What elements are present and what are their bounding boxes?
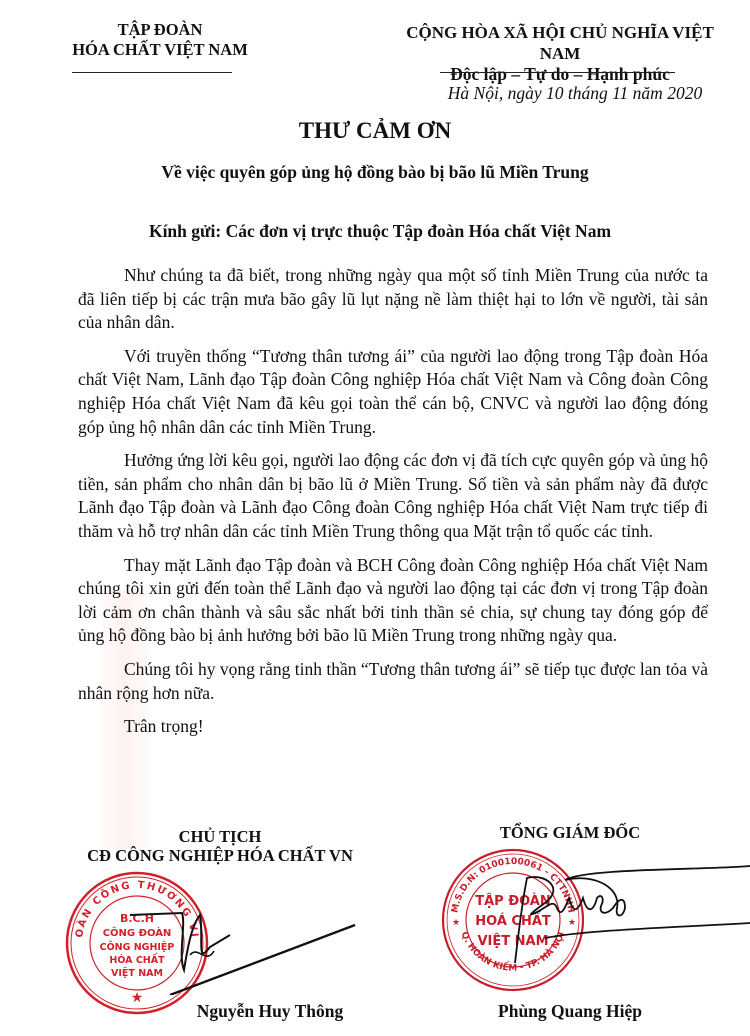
paragraph: Với truyền thống “Tương thân tương ái” c…	[78, 345, 708, 439]
motto: Độc lập – Tự do – Hạnh phúc	[385, 64, 735, 85]
right-signature-role: TỔNG GIÁM ĐỐC	[440, 823, 700, 842]
right-signatory-name: Phùng Quang Hiệp	[470, 1001, 670, 1022]
left-signature-role: CHỦ TỊCH	[60, 827, 380, 846]
organization-underline	[72, 72, 232, 73]
national-underline	[440, 72, 675, 73]
national-header: CỘNG HÒA XÃ HỘI CHỦ NGHĨA VIỆT NAM Độc l…	[385, 22, 735, 85]
nation-title: CỘNG HÒA XÃ HỘI CHỦ NGHĨA VIỆT NAM	[385, 22, 735, 64]
paragraph: Như chúng ta đã biết, trong những ngày q…	[78, 264, 708, 335]
paragraph: Hưởng ứng lời kêu gọi, người lao động cá…	[78, 449, 708, 543]
letter-title: THƯ CẢM ƠN	[0, 118, 750, 144]
closing: Trân trọng!	[78, 715, 708, 739]
paragraph: Chúng tôi hy vọng rằng tinh thần “Tương …	[78, 658, 708, 705]
recipient-line: Kính gửi: Các đơn vị trực thuộc Tập đoàn…	[0, 221, 750, 242]
organization-line-1: TẬP ĐOÀN	[55, 20, 265, 40]
organization-line-2: HÓA CHẤT VIỆT NAM	[55, 40, 265, 60]
left-signature-title: CHỦ TỊCH CĐ CÔNG NGHIỆP HÓA CHẤT VN	[60, 827, 380, 865]
letter-body: Như chúng ta đã biết, trong những ngày q…	[78, 264, 708, 749]
svg-text:★: ★	[452, 917, 460, 927]
organization-header: TẬP ĐOÀN HÓA CHẤT VIỆT NAM	[55, 20, 265, 60]
paragraph: Thay mặt Lãnh đạo Tập đoàn và BCH Công đ…	[78, 554, 708, 648]
right-signature-scribble	[505, 858, 750, 968]
date-line: Hà Nội, ngày 10 tháng 11 năm 2020	[415, 83, 735, 104]
letter-subtitle: Về việc quyên góp ủng hộ đồng bào bị bão…	[0, 162, 750, 183]
right-signature-title: TỔNG GIÁM ĐỐC	[440, 823, 700, 842]
left-signature-scribble	[130, 885, 360, 995]
left-signature-org: CĐ CÔNG NGHIỆP HÓA CHẤT VN	[60, 846, 380, 865]
left-signatory-name: Nguyễn Huy Thông	[170, 1001, 370, 1022]
